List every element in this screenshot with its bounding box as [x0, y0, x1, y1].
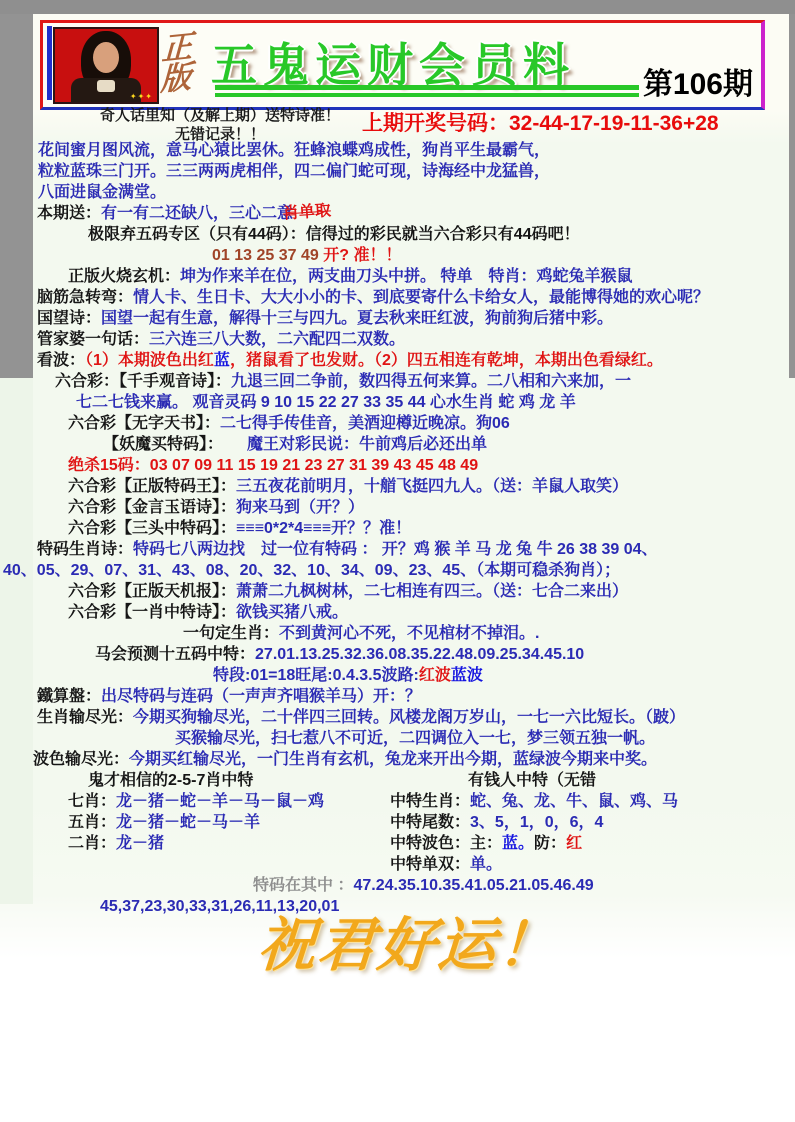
text-segment: 今期买狗输尽光，二十伴四三回转。风楼龙阁万岁山，一七一六比短长。（跛） — [133, 709, 685, 726]
tip-line: 中特单双：单。 — [0, 854, 795, 875]
text-segment: 波色输尽光： — [33, 751, 129, 768]
text-segment: 花间蜜月图风流，意马心猿比罢休。狂蜂浪蝶鸡成性，狗肖平生最霸气， — [38, 142, 550, 159]
tip-line: 买猴输尽光，扫七惹八不可近，二四调位入一七，梦三领五独一帆。 — [0, 728, 795, 749]
tip-line: 七二七钱来赢。 观音灵码 9 10 15 22 27 33 35 44 心水生肖… — [0, 392, 795, 413]
text-segment: 防： — [534, 835, 566, 852]
text-segment: 一句定生肖： — [183, 625, 279, 642]
page: ✦✦✦ 正版 五鬼运财会员料 第106期 奇人话里知（及解上期）送特诗准！ 无错… — [0, 0, 795, 1122]
text-segment: 特码生肖诗： — [37, 541, 133, 558]
text-segment: 中特单双： — [390, 856, 470, 873]
text-segment: 中特生肖： — [390, 793, 470, 810]
text-segment: 有钱人中特（无错 — [468, 772, 596, 789]
text-segment: 有一有二还缺八，三心二意 — [101, 205, 293, 222]
issue-number: 第106期 — [643, 59, 753, 103]
tip-line: 脑筋急转弯：情人卡、生日卡、大大小小的卡、到底要寄什么卡给女人，最能博得她的欢心… — [0, 287, 795, 308]
text-segment: 国望诗： — [37, 310, 101, 327]
text-segment: 27.01.13.25.32.36.08.35.22.48.09.25.34.4… — [255, 646, 584, 663]
tip-line: 极限弃五码专区（只有44码）：信得过的彩民就当六合彩只有44码吧！ — [0, 224, 795, 245]
tip-line: 特码生肖诗：特码七八两边找 过一位有特码 ： 开？鸡 猴 羊 马 龙 兔 牛 2… — [0, 539, 795, 560]
text-segment: 龙－猪－蛇－马－羊 — [116, 814, 260, 831]
tip-line: 二肖：龙－猪中特波色：主：蓝。防：红 — [0, 833, 795, 854]
tip-line: 管家婆一句话：三六连三八大数，二六配四二双数。 — [0, 329, 795, 350]
text-segment: 特码七八两边找 过一位有特码 ： 开？鸡 猴 羊 马 龙 兔 牛 26 38 3… — [133, 541, 658, 558]
text-segment: 蓝波 — [451, 667, 483, 684]
tip-line: 生肖输尽光：今期买狗输尽光，二十伴四三回转。风楼龙阁万岁山，一七一六比短长。（跛… — [0, 707, 795, 728]
title-underline-2 — [215, 93, 639, 97]
text-segment: 绝杀15码：03 07 09 11 15 19 21 23 27 31 39 4… — [68, 457, 478, 474]
title-underline-1 — [215, 85, 639, 90]
tip-line: 六合彩【三头中特码】：≡≡≡0*2*4≡≡≡开？？准！ — [0, 518, 795, 539]
text-segment: 蓝 — [214, 352, 230, 369]
text-segment: 六合彩【正版特码王】： — [68, 478, 236, 495]
photo-blue-strip — [47, 26, 52, 100]
text-segment: 买猴输尽光，扫七惹八不可近，二四调位入一七，梦三领五独一帆。 — [175, 730, 655, 747]
text-segment: 出尽特码与连码（一声声齐唱猴羊马）开：？ — [101, 688, 421, 705]
text-segment: 魔王对彩民说：牛前鸡后必还出单 — [215, 436, 487, 453]
tip-line: 一句定生肖：不到黄河心不死，不见棺材不掉泪。. — [0, 623, 795, 644]
text-segment: 管家婆一句话： — [37, 331, 149, 348]
text-segment: 蓝。 — [502, 835, 534, 852]
last-draw-numbers: 上期开奖号码：32-44-17-19-11-36+28 — [362, 107, 719, 137]
tip-line: 特码在其中 ：47.24.35.10.35.41.05.21.05.46.49 — [0, 875, 795, 896]
photo-collar — [97, 80, 115, 92]
text-segment: 鐵算盤： — [37, 688, 101, 705]
text-segment: 情人卡、生日卡、大大小小的卡、到底要寄什么卡给女人，最能博得她的欢心呢？ — [133, 289, 709, 306]
text-segment: 三五夜花前明月，十艏飞挺四九人。（送：羊鼠人取笑） — [236, 478, 628, 495]
right-column-segment: 有钱人中特（无错 — [468, 770, 596, 791]
text-segment: 今期买红输尽光，一门生肖有玄机，兔龙来开出今期，蓝绿波今期来中奖。 — [129, 751, 657, 768]
text-segment: 开? 准！！ — [323, 247, 401, 264]
text-segment: 01 13 25 37 49 — [212, 247, 323, 264]
tip-line: 六合彩【一肖中特诗】：欲钱买猪八戒。 — [0, 602, 795, 623]
text-segment: 粒粒蓝珠三门开。三三两两虎相伴，四二偏门蛇可现，诗海经中龙猛兽， — [38, 163, 550, 180]
text-segment: 龙－猪 — [116, 835, 164, 852]
masthead: ✦✦✦ 正版 五鬼运财会员料 第106期 — [40, 20, 765, 110]
tip-line: 七肖：龙－猪－蛇－羊－马－鼠－鸡中特生肖：蛇、兔、龙、牛、鼠、鸡、马 — [0, 791, 795, 812]
text-segment: 40、05、29、07、31、43、08、20、32、10、34、09、23、4… — [3, 562, 620, 579]
text-segment: 【妖魔买特码】： — [103, 436, 215, 453]
text-segment: 八面进鼠金满堂。 — [38, 184, 166, 201]
text-segment: 鬼才相信的2-5-7肖中特 — [88, 772, 253, 789]
text-segment: 中特尾数： — [390, 814, 470, 831]
right-column-segment: 中特单双：单。 — [390, 854, 502, 875]
tip-line: 粒粒蓝珠三门开。三三两两虎相伴，四二偏门蛇可现，诗海经中龙猛兽， — [0, 161, 795, 182]
text-segment: 二肖： — [68, 835, 116, 852]
text-segment: 六合彩【金言玉语诗】： — [68, 499, 236, 516]
text-segment: 蛇、兔、龙、牛、鼠、鸡、马 — [470, 793, 678, 810]
text-segment: （1）本期波色出红 — [85, 352, 214, 369]
text-segment: 六合彩【无字天书】： — [68, 415, 220, 432]
text-segment: 看波： — [37, 352, 85, 369]
tip-line: 本期送：有一有二还缺八，三心二意肖单取 — [0, 203, 795, 224]
photo-caption-marks: ✦✦✦ — [130, 92, 153, 101]
text-segment: 极限弃五码专区（只有44码）：信得过的彩民就当六合彩只有44码吧！ — [88, 226, 580, 243]
text-segment: 龙－猪－蛇－羊－马－鼠－鸡 — [116, 793, 324, 810]
text-segment: 马会预测十五码中特： — [95, 646, 255, 663]
text-segment: 脑筋急转弯： — [37, 289, 133, 306]
text-segment: 坤为作来羊在位，两支曲刀头中拼。 特单 特肖：鸡蛇兔羊猴鼠 — [180, 268, 632, 285]
tip-line: 六合彩【金言玉语诗】：狗来马到（开？） — [0, 497, 795, 518]
tip-line: 五肖：龙－猪－蛇－马－羊中特尾数：3、5，1，0，6，4 — [0, 812, 795, 833]
text-segment: 狗来马到（开？） — [236, 499, 364, 516]
text-segment: ≡≡≡0*2*4≡≡≡开？？准！ — [236, 520, 411, 537]
text-segment: 正版火烧玄机： — [68, 268, 180, 285]
text-segment: 萧萧二九枫树林，二七相连有四三。（送：七合二来出） — [236, 583, 628, 600]
gray-border-top — [0, 0, 795, 14]
text-segment: 特码在其中 ： — [253, 877, 353, 894]
tip-line: 40、05、29、07、31、43、08、20、32、10、34、09、23、4… — [0, 560, 795, 581]
wish-text: 祝君好运！ — [255, 898, 561, 982]
intro-line-1: 奇人话里知（及解上期）送特诗准！ — [70, 106, 370, 125]
tip-line: 六合彩：【千手观音诗】：九退三回二争前，数四得五何来算。二八相和六来加，一 — [0, 371, 795, 392]
text-segment: 六合彩：【千手观音诗】： — [55, 373, 231, 390]
text-segment: 主： — [470, 835, 502, 852]
tip-line: 特段:01=18旺尾:0.4.3.5波路:红波蓝波 — [0, 665, 795, 686]
text-segment: 中特波色： — [390, 835, 470, 852]
tip-line: 看波：（1）本期波色出红蓝，猪鼠看了也发财。（2）四五相连有乾坤，本期出色看绿红… — [0, 350, 795, 371]
tip-line: 六合彩【无字天书】：二七得手传佳音，美酒迎樽近晚凉。狗06 — [0, 413, 795, 434]
text-segment: 欲钱买猪八戒。 — [236, 604, 348, 621]
tip-line: 六合彩【正版天机报】：萧萧二九枫树林，二七相连有四三。（送：七合二来出） — [0, 581, 795, 602]
tip-line: 波色输尽光：今期买红输尽光，一门生肖有玄机，兔龙来开出今期，蓝绿波今期来中奖。 — [0, 749, 795, 770]
text-segment: 生肖输尽光： — [37, 709, 133, 726]
right-column-segment: 中特波色：主：蓝。防：红 — [390, 833, 582, 854]
text-segment: 红波 — [419, 667, 451, 684]
text-segment: 单。 — [470, 856, 502, 873]
avatar-photo: ✦✦✦ — [53, 27, 159, 104]
text-segment: 六合彩【三头中特码】： — [68, 520, 236, 537]
tip-line: 绝杀15码：03 07 09 11 15 19 21 23 27 31 39 4… — [0, 455, 795, 476]
text-segment: 本期送： — [37, 205, 101, 222]
text-segment: 五肖： — [68, 814, 116, 831]
tips-list: 花间蜜月图风流，意马心猿比罢休。狂蜂浪蝶鸡成性，狗肖平生最霸气，粒粒蓝珠三门开。… — [0, 140, 795, 917]
text-segment: 肖单取 — [282, 200, 331, 224]
text-segment: 二七得手传佳音，美酒迎樽近晚凉。狗06 — [220, 415, 510, 432]
right-column-segment: 中特尾数：3、5，1，0，6，4 — [390, 812, 603, 833]
tip-line: 正版火烧玄机：坤为作来羊在位，两支曲刀头中拼。 特单 特肖：鸡蛇兔羊猴鼠 — [0, 266, 795, 287]
tip-line: 六合彩【正版特码王】：三五夜花前明月，十艏飞挺四九人。（送：羊鼠人取笑） — [0, 476, 795, 497]
tip-line: 01 13 25 37 49 开? 准！！ — [0, 245, 795, 266]
tip-line: 【妖魔买特码】： 魔王对彩民说：牛前鸡后必还出单 — [0, 434, 795, 455]
text-segment: ，猪鼠看了也发财。（2）四五相连有乾坤，本期出色看绿红。 — [230, 352, 663, 369]
intro-block: 奇人话里知（及解上期）送特诗准！ 无错记录！！ — [70, 106, 370, 144]
text-segment: 特段:01=18旺尾:0.4.3.5波路: — [213, 667, 419, 684]
text-segment: 六合彩【正版天机报】： — [68, 583, 236, 600]
text-segment: 47.24.35.10.35.41.05.21.05.46.49 — [353, 877, 593, 894]
tip-line: 八面进鼠金满堂。 — [0, 182, 795, 203]
text-segment: 三六连三八大数，二六配四二双数。 — [149, 331, 405, 348]
text-segment: 六合彩【一肖中特诗】： — [68, 604, 236, 621]
text-segment: 九退三回二争前，数四得五何来算。二八相和六来加，一 — [231, 373, 631, 390]
tip-line: 马会预测十五码中特：27.01.13.25.32.36.08.35.22.48.… — [0, 644, 795, 665]
photo-face — [93, 42, 119, 73]
edition-badge: 正版 — [160, 31, 202, 96]
text-segment: 七肖： — [68, 793, 116, 810]
text-segment: 3、5，1，0，6，4 — [470, 814, 603, 831]
text-segment: 国望一起有生意，解得十三与四九。夏去秋来旺红波，狗前狗后猪中彩。 — [101, 310, 613, 327]
tip-line: 鬼才相信的2-5-7肖中特有钱人中特（无错 — [0, 770, 795, 791]
tip-line: 花间蜜月图风流，意马心猿比罢休。狂蜂浪蝶鸡成性，狗肖平生最霸气， — [0, 140, 795, 161]
text-segment: 红 — [566, 835, 582, 852]
tip-line: 国望诗：国望一起有生意，解得十三与四九。夏去秋来旺红波，狗前狗后猪中彩。 — [0, 308, 795, 329]
text-segment: 七二七钱来赢。 观音灵码 9 10 15 22 27 33 35 44 心水生肖… — [76, 394, 576, 411]
text-segment: 不到黄河心不死，不见棺材不掉泪。. — [279, 625, 539, 642]
right-column-segment: 中特生肖：蛇、兔、龙、牛、鼠、鸡、马 — [390, 791, 678, 812]
tip-line: 鐵算盤：出尽特码与连码（一声声齐唱猴羊马）开：？ — [0, 686, 795, 707]
